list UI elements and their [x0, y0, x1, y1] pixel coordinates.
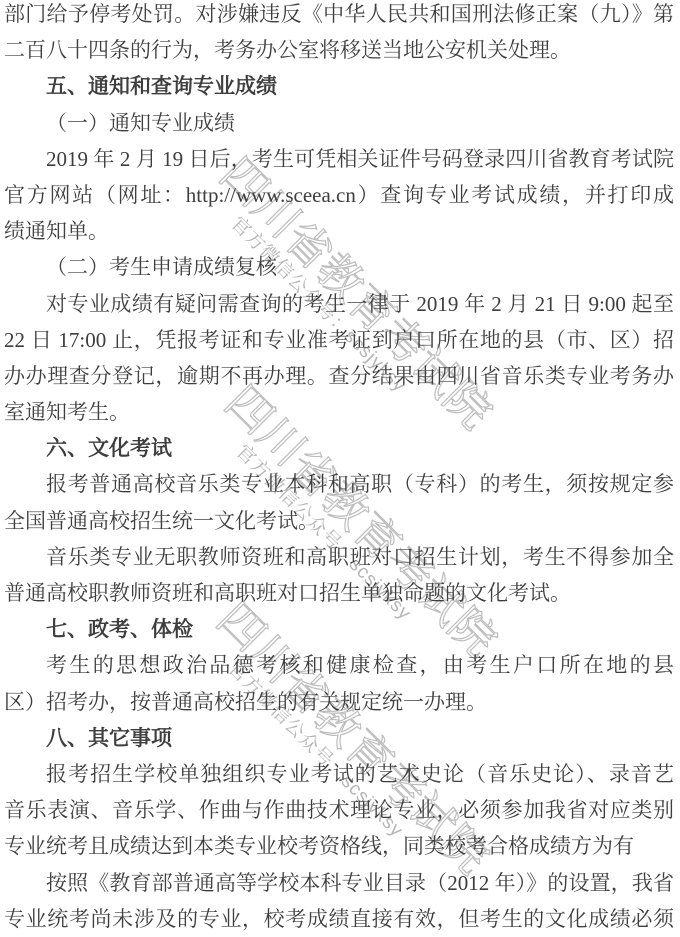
text-line: 室通知考生。 [4, 394, 674, 430]
text-line: 报考普通高校音乐类专业本科和高职（专科）的考生，须按规定参加 [4, 466, 674, 502]
text-line: 报考招生学校单独组织专业考试的艺术史论（音乐史论）、录音艺术、 [4, 756, 674, 792]
text-line: 按照《教育部普通高等学校本科专业目录（2012 年）》的设置，我省 [4, 865, 674, 901]
text-line: 专业统考且成绩达到本类专业校考资格线，同类校考合格成绩方为有效。 [4, 828, 674, 864]
text-line: 普通高校职教师资班和高职班对口招生单独命题的文化考试。 [4, 575, 674, 611]
text-line: 对专业成绩有疑问需查询的考生一律于 2019 年 2 月 21 日 9:00 起… [4, 286, 674, 322]
section-heading: 七、政考、体检 [4, 611, 674, 647]
text-line: 绩通知单。 [4, 213, 674, 249]
text-line: 二百八十四条的行为，考务办公室将移送当地公安机关处理。 [4, 32, 674, 68]
sub-heading: （二）考生申请成绩复核 [4, 249, 674, 285]
text-line: 考生的思想政治品德考核和健康检查，由考生户口所在地的县（市、 [4, 647, 674, 683]
text-line: 办办理查分登记，逾期不再办理。查分结果由四川省音乐类专业考务办公 [4, 358, 674, 394]
text-line: 全国普通高校招生统一文化考试。 [4, 503, 674, 539]
text-line: 官方网站（网址：http://www.sceea.cn）查询专业考试成绩，并打印… [4, 177, 674, 213]
text-line: 区）招考办，按普通高校招生的有关规定统一办理。 [4, 684, 674, 720]
document-body: 部门给予停考处罚。对涉嫌违反《中华人民共和国刑法修正案（九）》第 二百八十四条的… [0, 0, 680, 933]
text-line: 2019 年 2 月 19 日后，考生可凭相关证件号码登录四川省教育考试院 [4, 141, 674, 177]
sub-heading: （一）通知专业成绩 [4, 105, 674, 141]
text-line: 22 日 17:00 止，凭报考证和专业准考证到户口所在地的县（市、区）招考 [4, 322, 674, 358]
section-heading: 六、文化考试 [4, 430, 674, 466]
section-heading: 五、通知和查询专业成绩 [4, 68, 674, 104]
section-heading: 八、其它事项 [4, 720, 674, 756]
text-line: 专业统考尚未涉及的专业，校考成绩直接有效，但考生的文化成绩必须达 [4, 901, 674, 937]
text-line: 音乐类专业无职教师资班和高职班对口招生计划，考生不得参加全省 [4, 539, 674, 575]
text-line: 音乐表演、音乐学、作曲与作曲技术理论专业，必须参加我省对应类别的 [4, 792, 674, 828]
text-line: 部门给予停考处罚。对涉嫌违反《中华人民共和国刑法修正案（九）》第 [4, 0, 674, 32]
